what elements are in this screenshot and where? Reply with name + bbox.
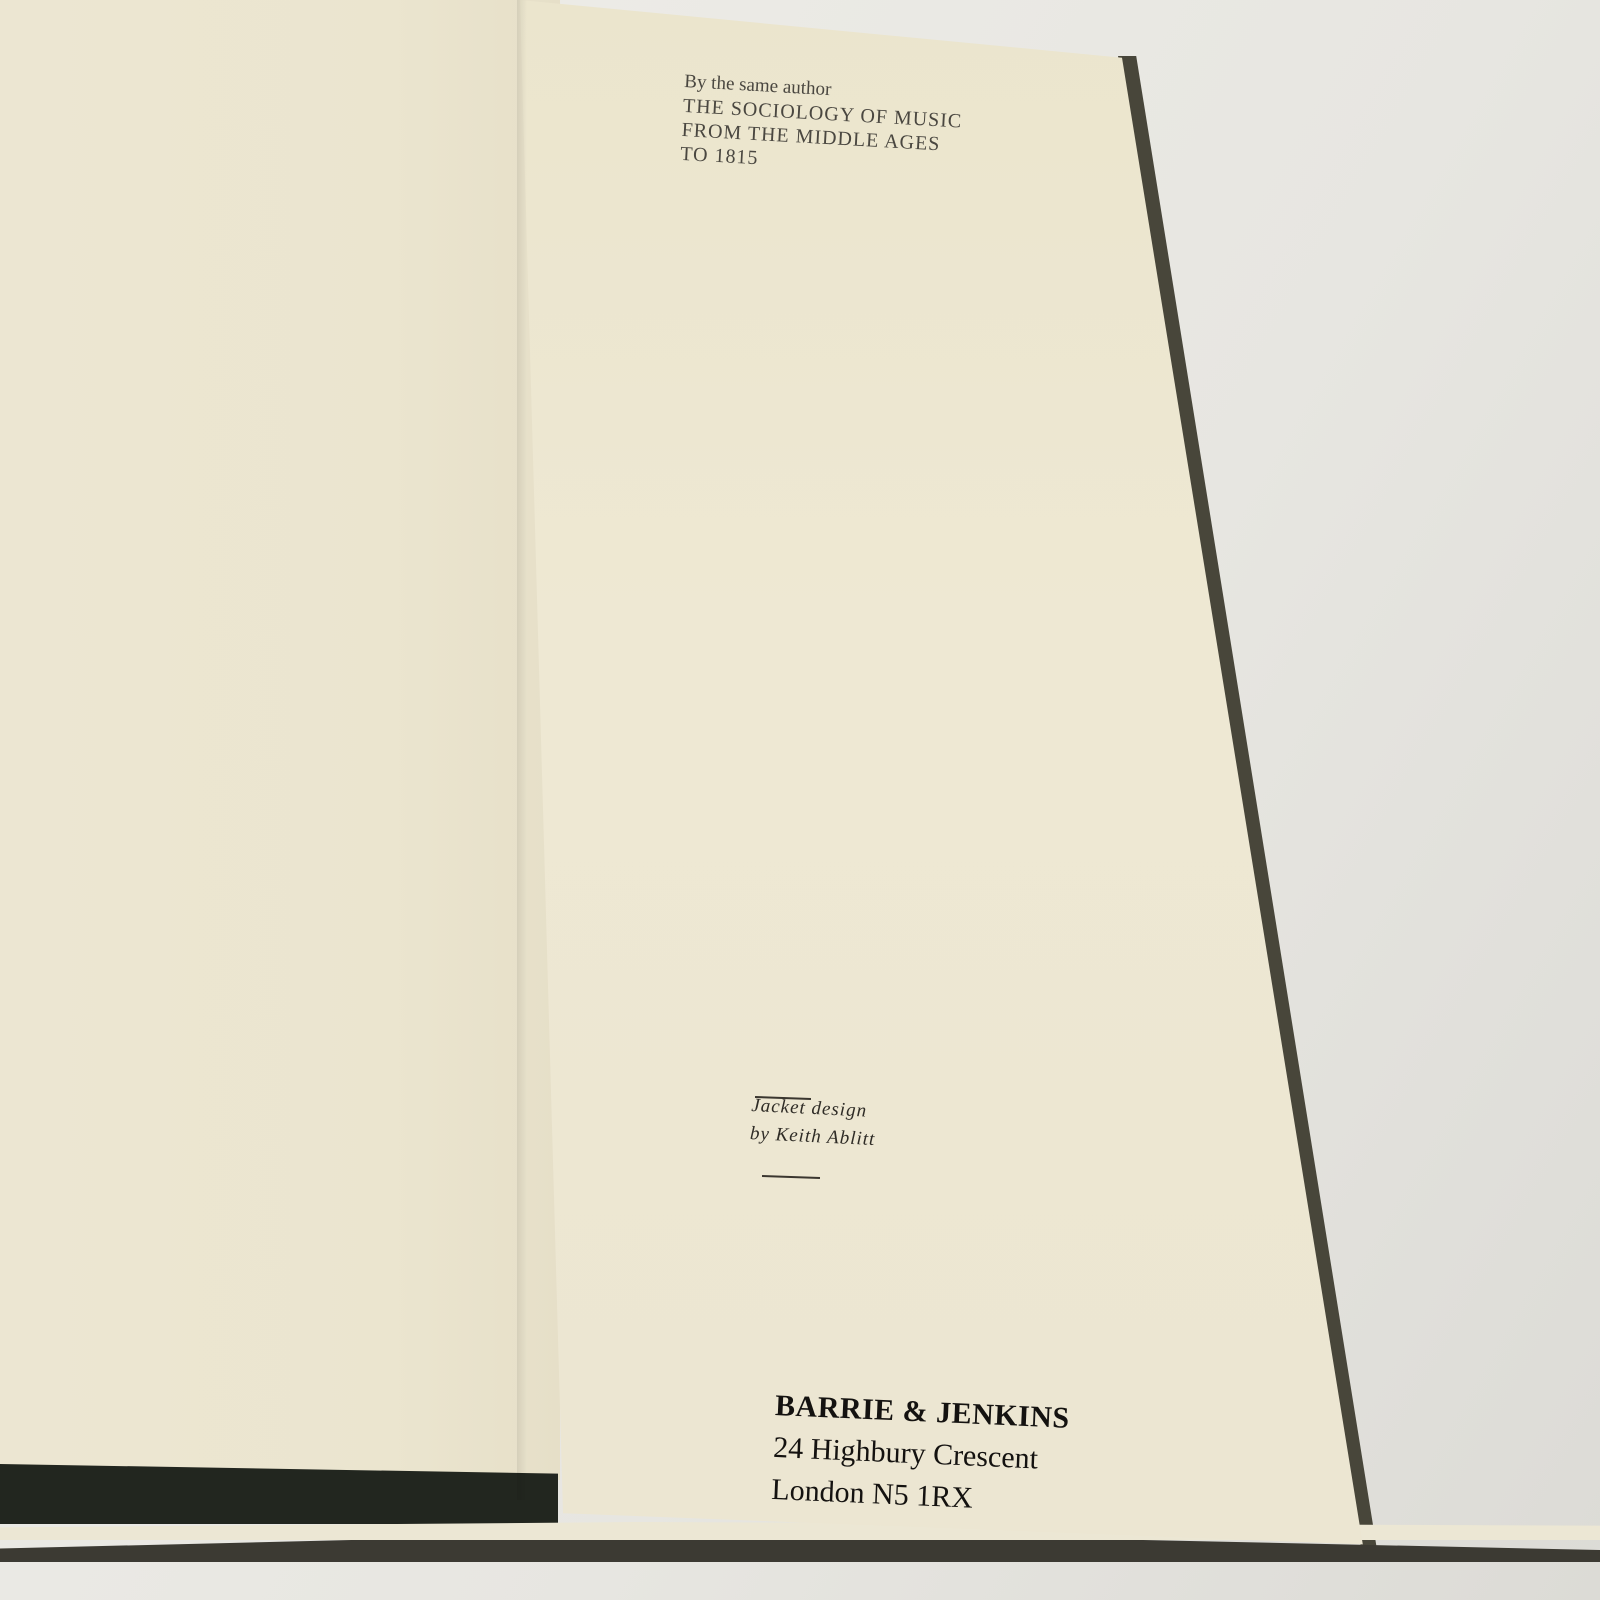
jacket-credit: Jacket design by Keith Ablitt <box>749 1092 877 1154</box>
cloth-board <box>0 1464 600 1524</box>
book-photo: By the same author THE SOCIOLOGY OF MUSI… <box>0 0 1600 1600</box>
endpaper <box>0 0 560 1480</box>
other-works: By the same author THE SOCIOLOGY OF MUSI… <box>680 70 965 181</box>
flap-fold-shadow <box>517 0 527 1500</box>
publisher-imprint: BARRIE & JENKINS 24 Highbury Crescent Lo… <box>771 1385 1071 1524</box>
